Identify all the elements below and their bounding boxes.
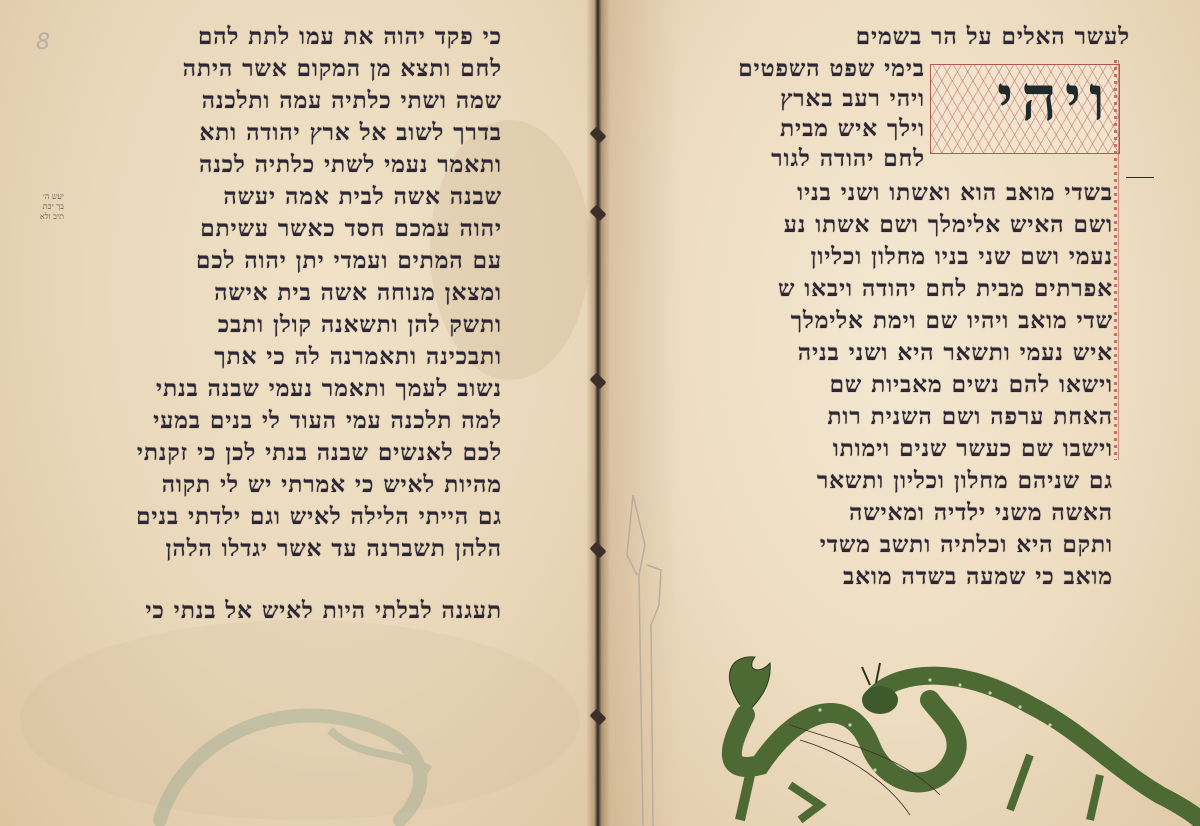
text-line: תעגנה לבלתי היות לאיש אל בנתי כי <box>146 596 502 626</box>
marginal-note-line: יעש ה׳ <box>4 192 64 202</box>
text-line: הלהן תשברנה עד אשר יגדלו הלהן <box>166 534 502 564</box>
text-line: ותבכינה ותאמרנה לה כי אתך <box>214 342 502 372</box>
margin-marker <box>1126 177 1154 178</box>
text-line: האשה משני ילדיה ומאישה <box>849 498 1113 528</box>
right-page-text-short: בימי שפט השפטים ויהי רעב בארץ וילך איש מ… <box>700 54 925 184</box>
text-line: בדרך לשוב אל ארץ יהודה ותא <box>200 118 502 148</box>
text-line: אפרתים מבית לחם יהודה ויבאו ש <box>778 274 1113 304</box>
marginal-note-line: תיב ולא <box>4 212 64 222</box>
illuminated-initial-panel: ויהי <box>930 64 1120 154</box>
right-page-text: בשדי מואב הוא ואשתו ושני בניו ושם האיש א… <box>708 178 1113 638</box>
marginal-note-line: בך יכת <box>4 202 64 212</box>
text-line: איש נעמי ותשאר היא ושני בניה <box>798 338 1113 368</box>
text-line: נעמי ושם שני בניו מחלון וכליון <box>811 242 1113 272</box>
text-line: וישאו להם נשים מאביות שם <box>830 370 1113 400</box>
text-line: מואב כי שמעה בשדה מואב <box>843 562 1113 592</box>
faded-dragon-illustration <box>100 660 520 826</box>
text-line: מהיות לאיש כי אמרתי יש לי תקוה <box>162 470 502 500</box>
text-line: לכם לאנשים שבנה בנתי לכן כי זקנתי <box>137 438 502 468</box>
text-line: כי פקד יהוה את עמו לתת להם <box>198 22 502 52</box>
green-dragon-illustration <box>700 645 1200 826</box>
text-line: גם שניהם מחלון וכליון ותשאר <box>817 466 1113 496</box>
text-line: ותשק להן ותשאנה קולן ותבכ <box>218 310 502 340</box>
header-line: לעשר האלים על הר בשמים <box>856 22 1130 52</box>
text-line: ויהי רעב בארץ <box>780 84 925 114</box>
text-line: נשוב לעמך ותאמר נעמי שבנה בנתי <box>156 374 502 404</box>
text-line: לחם יהודה לגור <box>771 144 925 174</box>
decorative-border <box>1114 60 1117 460</box>
decorative-border-rule <box>1118 60 1119 460</box>
text-line: ותקם היא וכלתיה ותשב משדי <box>820 530 1113 560</box>
manuscript-spread: 8 יעש ה׳ בך יכת תיב ולא כי פקד יהוה את ע… <box>0 0 1200 826</box>
right-page-header: לעשר האלים על הר בשמים <box>760 22 1130 54</box>
text-line: עם המתים ועמדי יתן יהוה לכם <box>196 246 502 276</box>
text-line: לחם ותצא מן המקום אשר היתה <box>183 54 502 84</box>
text-line: וישבו שם כעשר שנים וימותו <box>833 434 1113 464</box>
text-line: גם הייתי הלילה לאיש וגם ילדתי בנים <box>136 502 502 532</box>
folio-mark: 8 <box>36 30 50 55</box>
left-page-text: כי פקד יהוה את עמו לתת להם לחם ותצא מן ה… <box>92 22 502 622</box>
text-line: למה תלכנה עמי העוד לי בנים במעי <box>153 406 502 436</box>
text-line: וילך איש מבית <box>780 114 925 144</box>
text-line: שבנה אשה לבית אמה יעשה <box>224 182 502 212</box>
text-line: האחת ערפה ושם השנית רות <box>827 402 1113 432</box>
text-line: ותאמר נעמי לשתי כלתיה לכנה <box>199 150 502 180</box>
illuminated-initial-word: ויהי <box>997 64 1113 139</box>
text-line: בשדי מואב הוא ואשתו ושני בניו <box>797 178 1113 208</box>
text-line: יהוה עמכם חסד כאשר עשיתם <box>200 214 502 244</box>
spear-sketch-illustration <box>625 495 665 826</box>
text-line: ומצאן מנוחה אשה בית אישה <box>214 278 502 308</box>
text-line: שמה ושתי כלתיה עמה ותלכנה <box>202 86 502 116</box>
book-gutter <box>586 0 610 826</box>
text-line: ושם האיש אלימלך ושם אשתו נע <box>784 210 1113 240</box>
text-line: שדי מואב ויהיו שם וימת אלימלך <box>791 306 1113 336</box>
text-line: בימי שפט השפטים <box>738 54 925 84</box>
marginal-note: יעש ה׳ בך יכת תיב ולא <box>4 192 64 222</box>
